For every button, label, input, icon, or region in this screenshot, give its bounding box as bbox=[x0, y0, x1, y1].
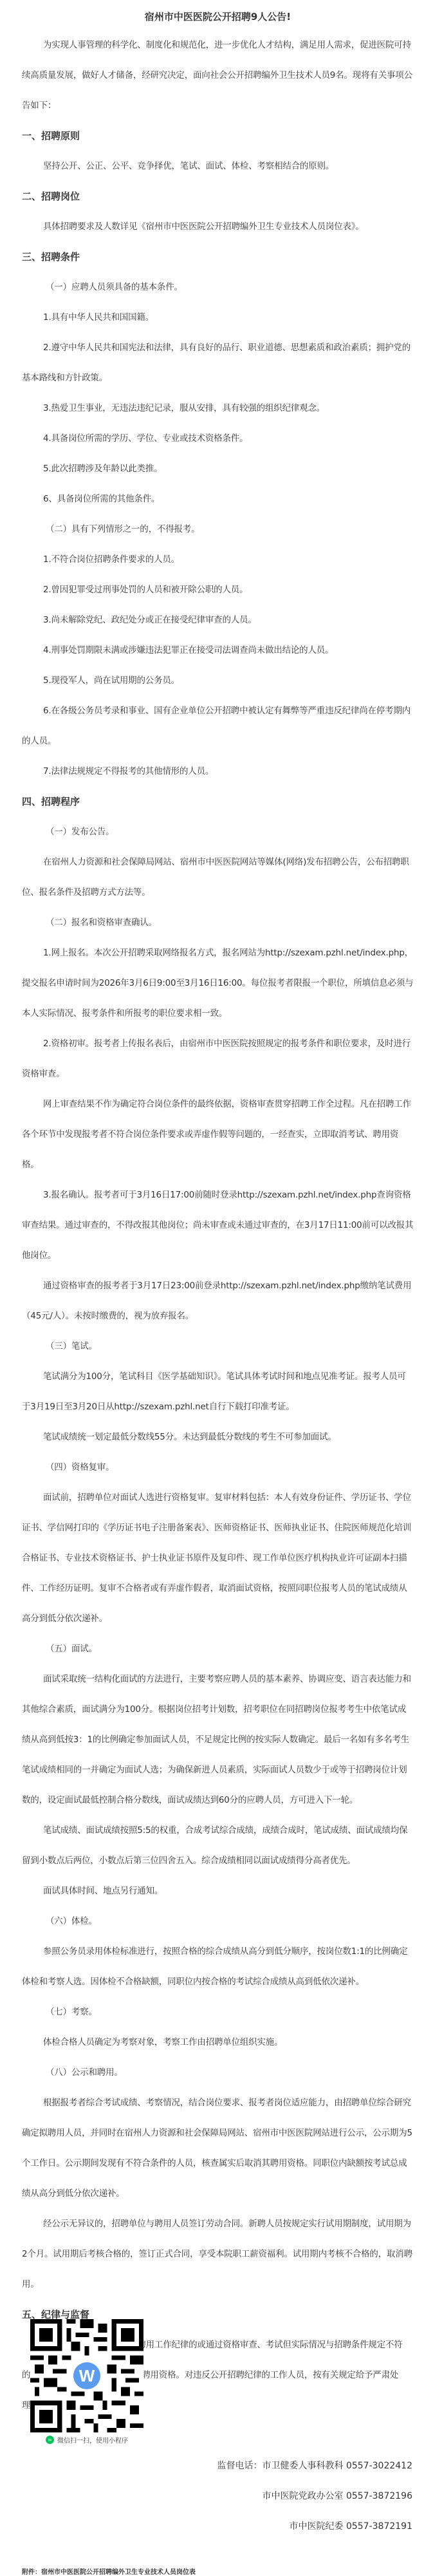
qr-caption: ∞ 微信扫一扫，使用小程序 bbox=[30, 2435, 144, 2445]
condition-item: 2.遵守中华人民共和国宪法和法律，具有良好的品行、职业道德、思想素质和政治素质；… bbox=[22, 333, 414, 393]
publicity-item: 经公示无异议的，招聘单位与聘用人员签订劳动合同。新聘人员按规定实行试用期制度，试… bbox=[22, 2209, 414, 2300]
subheading-registration: （二）报名和资格审查确认。 bbox=[22, 908, 414, 938]
registration-item: 网上审查结果不作为确定符合岗位条件的最终依据，资格审查贯穿招聘工作全过程。凡在招… bbox=[22, 1089, 414, 1180]
publicity-item: 根据报考者综合考试成绩、考察情况，结合岗位要求、报考者岗位适应能力，由招聘单位综… bbox=[22, 2088, 414, 2209]
medical-exam-text: 参照公务员录用体检标准进行，按照合格的综合成绩从高分到低分顺序，按岗位数1:1的… bbox=[22, 1937, 414, 1997]
section-heading-procedure: 四、招聘程序 bbox=[22, 787, 414, 817]
subheading-requalification: （四）资格复审。 bbox=[22, 1453, 414, 1483]
condition-item: 3.热爱卫生事业，无违法违纪记录，服从安排，具有较强的组织纪律观念。 bbox=[22, 393, 414, 424]
exclusion-item: 6.在各级公务员考录和事业、国有企业单位公开招聘中被认定有舞弊等严重违反纪律尚在… bbox=[22, 696, 414, 757]
interview-item: 面试采取统一结构化面试的方法进行，主要考察应聘人员的基本素养、协调应变、语言表达… bbox=[22, 1664, 414, 1816]
section-heading-principles: 一、招聘原则 bbox=[22, 121, 414, 151]
registration-item: 通过资格审查的报考者于3月17日23:00前登录http://szexam.pz… bbox=[22, 1271, 414, 1331]
interview-item: 面试具体时间、地点另行通知。 bbox=[22, 1876, 414, 1906]
wps-w-icon: W bbox=[73, 2362, 100, 2389]
announcement-page: 宿州市中医医院公开招聘9人公告! 为实现人事管理的科学化、制度化和规范化，进一步… bbox=[0, 0, 433, 2489]
written-exam-item: 笔试满分为100分，笔试科目《医学基础知识》。笔试具体考试时间和地点见准考证。报… bbox=[22, 1362, 414, 1422]
exclusion-item: 5.现役军人，尚在试用期的公务员。 bbox=[22, 666, 414, 696]
registration-item: 1.网上报名。本次公开招聘采取网络报名方式，报名网站为http://szexam… bbox=[22, 938, 414, 1029]
registration-item: 3.报名确认。报考者可于3月16日17:00前随时登录http://szexam… bbox=[22, 1180, 414, 1271]
exclusion-item: 2.曾因犯罪受过刑事处罚的人员和被开除公职的人员。 bbox=[22, 575, 414, 605]
mini-program-link-icon: ∞ bbox=[46, 2436, 54, 2444]
condition-item: 1.具有中华人民共和国国籍。 bbox=[22, 303, 414, 333]
subheading-inspection: （七）考察。 bbox=[22, 1997, 414, 2027]
subheading-exclusions: （二）具有下列情形之一的，不得报考。 bbox=[22, 514, 414, 545]
qr-caption-text: 微信扫一扫，使用小程序 bbox=[57, 2435, 128, 2445]
registration-item: 2.资格初审。报考者上传报名表后，由宿州市中医医院按照规定的报考条件和职位要求，… bbox=[22, 1029, 414, 1089]
condition-item: 5.此次招聘涉及年龄以此类推。 bbox=[22, 454, 414, 484]
subheading-basic-conditions: （一）应聘人员须具备的基本条件。 bbox=[22, 272, 414, 303]
exclusion-item: 7.法律法规规定不得报考的其他情形的人员。 bbox=[22, 757, 414, 787]
subheading-written-exam: （三）笔试。 bbox=[22, 1331, 414, 1362]
written-exam-item: 笔试成绩统一划定最低分数线55分。未达到最低分数线的考生不可参加面试。 bbox=[22, 1422, 414, 1453]
inspection-text: 体检合格人员确定为考察对象，考察工作由招聘单位组织实施。 bbox=[22, 2027, 414, 2058]
interview-item: 笔试成绩、面试成绩按照5:5的权重，合成考试综合成绩，成绩合成时，笔试成绩、面试… bbox=[22, 1816, 414, 1876]
requalification-text: 面试前，招聘单位对面试人选进行资格复审。复审材料包括：本人有效身份证件、学历证书… bbox=[22, 1483, 414, 1634]
qr-code: W bbox=[30, 2319, 144, 2432]
page-title: 宿州市中医医院公开招聘9人公告! bbox=[22, 0, 414, 24]
positions-text: 具体招聘要求及人数详见《宿州市中医医院公开招聘编外卫生专业技术人员岗位表》。 bbox=[22, 212, 414, 242]
exclusion-item: 1.不符合岗位招聘条件要求的人员。 bbox=[22, 545, 414, 575]
exclusion-item: 4.刑事处罚期限未满或涉嫌违法犯罪正在接受司法调查尚未做出结论的人员。 bbox=[22, 635, 414, 666]
subheading-publicity-hiring: （八）公示和聘用。 bbox=[22, 2058, 414, 2088]
section-heading-conditions: 三、招聘条件 bbox=[22, 242, 414, 272]
supervision-line: 市中医院纪委 0557-3872191 bbox=[22, 2512, 414, 2542]
condition-item: 6、具备岗位所需的其他条件。 bbox=[22, 484, 414, 514]
subheading-publish: （一）发布公告。 bbox=[22, 817, 414, 847]
supervision-line: 市中医院党政办公室 0557-3872196 bbox=[22, 2481, 414, 2512]
mini-program-qr: W ∞ 微信扫一扫，使用小程序 bbox=[30, 2319, 144, 2445]
exclusion-item: 3.尚未解除党纪、政纪处分或正在接受纪律审查的人员。 bbox=[22, 605, 414, 635]
publish-text: 在宿州人力资源和社会保障局网站、宿州市中医医院网站等媒体(网络)发布招聘公告，公… bbox=[22, 847, 414, 908]
section-heading-positions: 二、招聘岗位 bbox=[22, 182, 414, 212]
qr-logo: W bbox=[71, 2360, 103, 2392]
principles-text: 坚持公开、公正、公平、竞争择优，笔试、面试、体检、考察相结合的原则。 bbox=[22, 151, 414, 182]
subheading-medical-exam: （六）体检。 bbox=[22, 1906, 414, 1937]
intro-paragraph: 为实现人事管理的科学化、制度化和规范化，进一步优化人才结构，满足用人需求，促进医… bbox=[22, 30, 414, 121]
condition-item: 4.具备岗位所需的学历、学位、专业或技术资格条件。 bbox=[22, 424, 414, 454]
supervision-line: 监督电话：市卫健委人事科教科 0557-3022412 bbox=[22, 2451, 414, 2481]
subheading-interview: （五）面试。 bbox=[22, 1634, 414, 1664]
attachment-link[interactable]: 附件：宿州市中医医院公开招聘编外卫生专业技术人员岗位表 bbox=[22, 2566, 414, 2576]
